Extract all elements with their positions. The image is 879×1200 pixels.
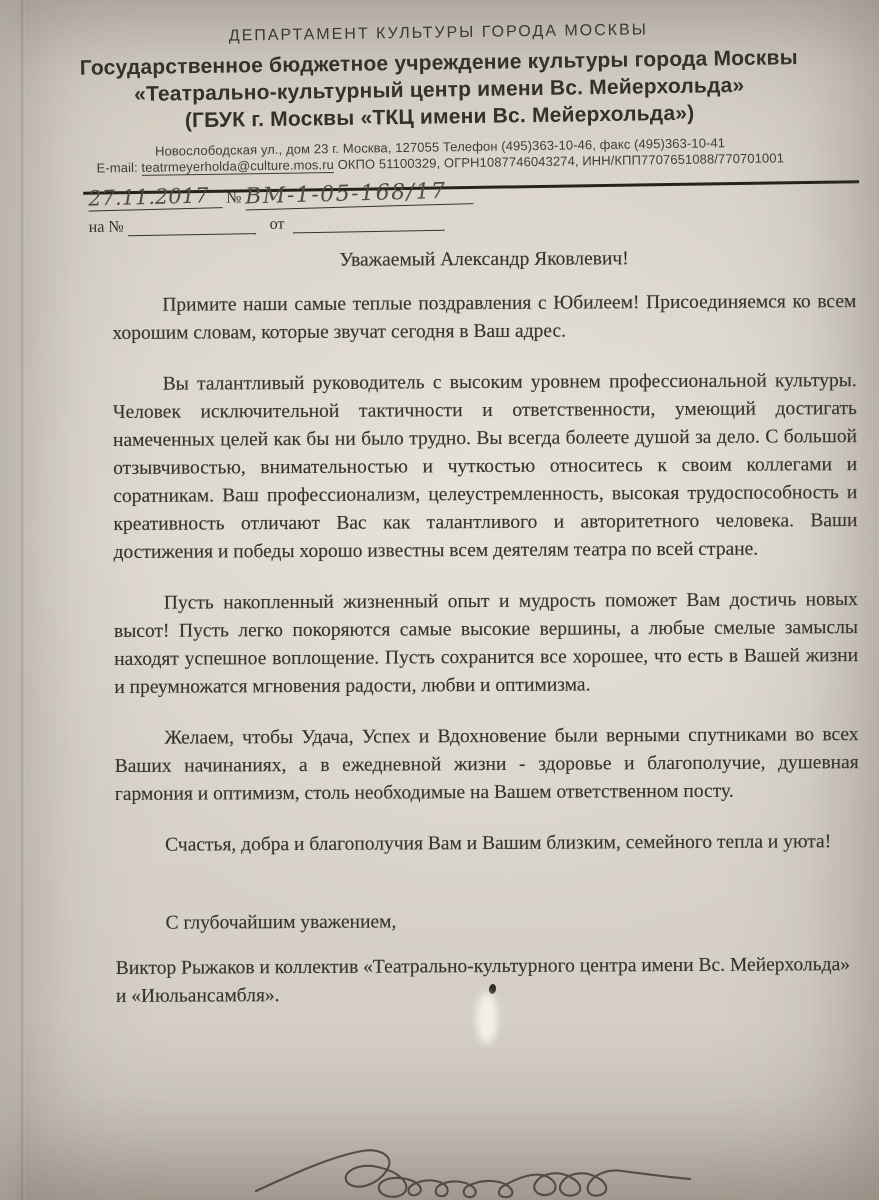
paragraph-talented-leader: Вы талантливый руководитель с высоким ур… bbox=[113, 367, 858, 567]
handwritten-signature bbox=[253, 1140, 693, 1200]
letterhead-contact-block: Новослободская ул., дом 23 г. Москва, 12… bbox=[0, 133, 879, 178]
letter-body: Уважаемый Александр Яковлевич! Примите н… bbox=[112, 244, 860, 1011]
reference-row-date-number: 27.11.2017№ВМ-1-05-168/17 bbox=[88, 179, 474, 212]
paragraph-congratulations: Примите наши самые теплые поздравления с… bbox=[112, 288, 856, 348]
letterhead: ДЕПАРТАМЕНТ КУЛЬТУРЫ ГОРОДА МОСКВЫ Госуд… bbox=[0, 0, 879, 196]
number-sign: № bbox=[226, 189, 242, 207]
reply-number-blank bbox=[128, 217, 256, 236]
email-label: E-mail: bbox=[96, 160, 137, 176]
handwritten-date: 27.11.2017 bbox=[88, 183, 223, 211]
email-address: teatrmeyerholda@culture.mos.ru bbox=[141, 157, 334, 176]
paragraph-wisdom-wishes: Пусть накопленный жизненный опыт и мудро… bbox=[114, 586, 859, 702]
scanned-letter-page: ДЕПАРТАМЕНТ КУЛЬТУРЫ ГОРОДА МОСКВЫ Госуд… bbox=[0, 0, 879, 1200]
handwritten-outgoing-number: ВМ-1-05-168/17 bbox=[245, 178, 474, 210]
reply-number-label: на № bbox=[89, 218, 124, 236]
reply-from-label: от bbox=[269, 216, 284, 233]
paper-light-blotch bbox=[476, 992, 498, 1044]
salutation: Уважаемый Александр Яковлевич! bbox=[112, 244, 856, 276]
closing-line: С глубочайшим уважением, bbox=[115, 906, 859, 938]
paragraph-luck-wishes: Желаем, чтобы Удача, Успех и Вдохновение… bbox=[115, 721, 859, 809]
reference-block: 27.11.2017№ВМ-1-05-168/17 на №от bbox=[88, 179, 474, 237]
paragraph-happiness-wishes: Счастья, добра и благополучия Вам и Ваши… bbox=[115, 828, 859, 860]
reply-from-blank bbox=[292, 214, 444, 234]
reference-row-reply: на №от bbox=[89, 212, 475, 237]
